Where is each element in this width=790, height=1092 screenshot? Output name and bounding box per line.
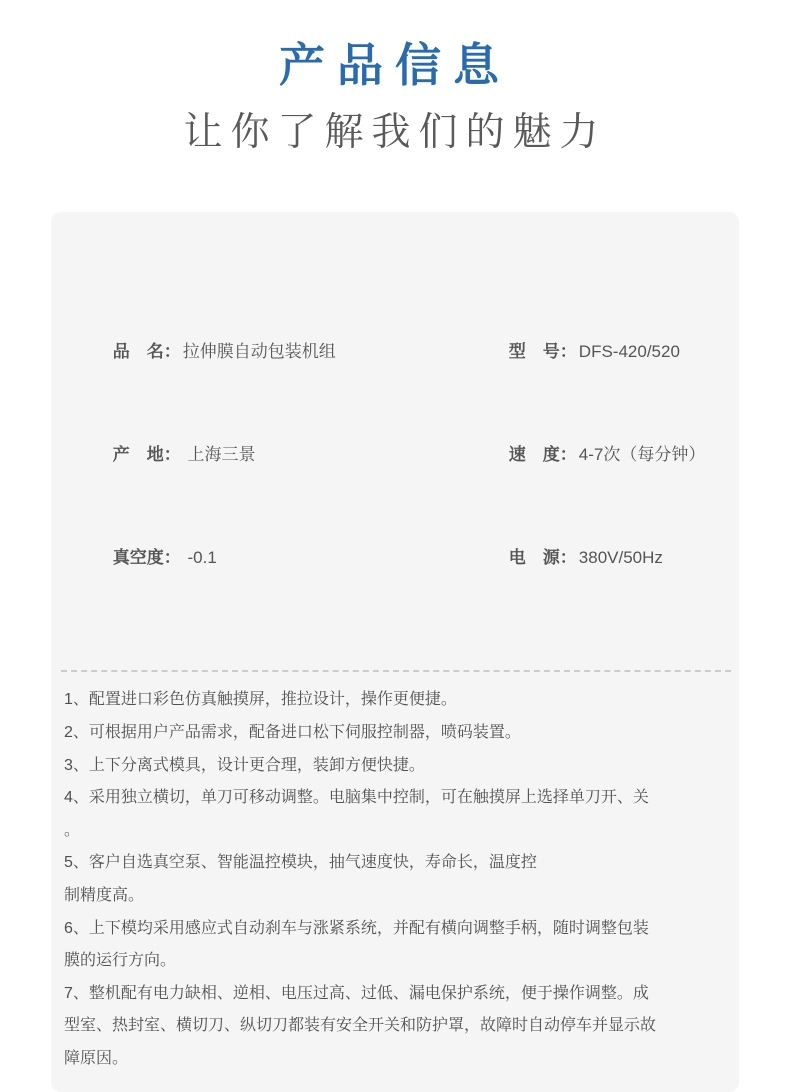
spec-label: 真空度：	[113, 548, 181, 567]
feature-list: 1、配置进口彩色仿真触摸屏，推拉设计，操作更便捷。 2、可根据用户产品需求，配备…	[51, 672, 739, 1075]
feature-item-6: 6、上下模均采用感应式自动刹车与涨紧系统，并配有横向调整手柄，随时调整包装 膜的…	[64, 913, 713, 978]
spec-item-power: 电 源：380V/50Hz	[471, 522, 721, 594]
spec-item-origin: 产 地： 上海三景	[75, 419, 471, 491]
spec-value: -0.1	[183, 548, 217, 567]
spec-item-name: 品 名：拉伸膜自动包装机组	[75, 316, 471, 388]
feature-item-1: 1、配置进口彩色仿真触摸屏，推拉设计，操作更便捷。	[64, 684, 713, 717]
feature-item-4: 4、采用独立横切，单刀可移动调整。电脑集中控制，可在触摸屏上选择单刀开、关 。	[64, 782, 713, 847]
feature-item-7: 7、整机配有电力缺相、逆相、电压过高、过低、漏电保护系统，便于操作调整。成 型室…	[64, 978, 713, 1076]
feature-item-5: 5、客户自选真空泵、智能温控模块，抽气速度快，寿命长，温度控 制精度高。	[64, 847, 713, 912]
spec-value: 4-7次（每分钟）	[579, 445, 706, 464]
page-title: 产品信息	[0, 40, 790, 91]
spec-value: 380V/50Hz	[579, 548, 663, 567]
feature-item-2: 2、可根据用户产品需求，配备进口松下伺服控制器，喷码装置。	[64, 717, 713, 750]
page-header: 产品信息 让你了解我们的魅力	[0, 0, 790, 155]
spec-list: 品 名：拉伸膜自动包装机组 型 号：DFS-420/520 产 地： 上海三景 …	[51, 316, 739, 594]
spec-value: 上海三景	[183, 445, 256, 464]
page-subtitle: 让你了解我们的魅力	[0, 111, 790, 156]
feature-item-3: 3、上下分离式模具，设计更合理，装卸方便快捷。	[64, 750, 713, 783]
spec-label: 电 源：	[509, 548, 577, 567]
spec-value: 拉伸膜自动包装机组	[183, 342, 336, 361]
product-info-page: 产品信息 让你了解我们的魅力 品 名：拉伸膜自动包装机组 型 号：DFS-420…	[0, 0, 790, 1092]
spec-label: 品 名：	[113, 342, 181, 361]
spec-label: 速 度：	[509, 445, 577, 464]
product-card: 品 名：拉伸膜自动包装机组 型 号：DFS-420/520 产 地： 上海三景 …	[51, 212, 739, 1091]
spec-value: DFS-420/520	[579, 342, 680, 361]
spec-item-vacuum: 真空度： -0.1	[75, 522, 471, 594]
spec-label: 型 号：	[509, 342, 577, 361]
spec-item-model: 型 号：DFS-420/520	[471, 316, 721, 388]
spec-label: 产 地：	[113, 445, 181, 464]
spec-item-speed: 速 度：4-7次（每分钟）	[471, 419, 721, 491]
